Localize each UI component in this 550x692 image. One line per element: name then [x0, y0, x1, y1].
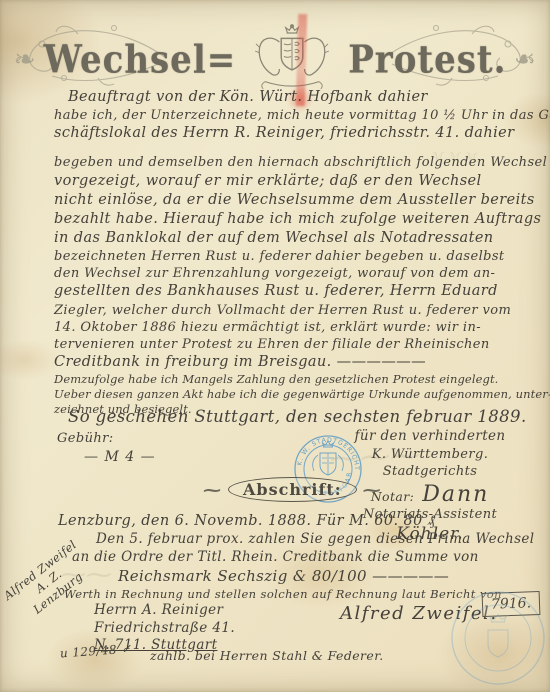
protest-line: Beauftragt von der Kön. Würt. Hofbank da… [54, 88, 502, 107]
title-word-protest: Protest. [348, 38, 506, 83]
scroll-ornament: ❧ [14, 45, 34, 75]
execution-date-line: So geschehen Stuttgart, den sechsten feb… [68, 406, 498, 428]
faint-blue-seal-stamp [448, 588, 548, 688]
wuerttemberg-coat-of-arms-icon [246, 24, 338, 96]
protest-body-text: Beauftragt von der Kön. Würt. Hofbank da… [54, 88, 502, 418]
protest-line: begeben und demselben den hiernach absch… [54, 154, 502, 171]
fee-label: Gebühr: [57, 430, 114, 447]
scroll-ornament: ❧ [516, 45, 536, 75]
protest-line: gestellten des Bankhauses Rust u. federe… [54, 282, 502, 301]
protest-line: den Wechsel zur Ehrenzahlung vorgezeigt,… [54, 265, 502, 282]
bill-line: an die Ordre der Titl. Rhein. Creditbank… [58, 549, 508, 567]
bill-line: Lenzburg, den 6. Novemb. 1888. Für M. 60… [58, 512, 508, 531]
document-header: ❧ Wechsel= Protest. [0, 8, 550, 96]
protest-line: Ziegler, welcher durch Vollmacht der Her… [54, 302, 502, 319]
abschrift-stamp: Abschrift: [228, 477, 357, 502]
domicile-note: zahlb. bei Herren Stahl & Federer. [150, 648, 384, 665]
fee-amount: — M 4 — [84, 448, 156, 466]
protest-line: Ueber diesen ganzen Akt habe ich die geg… [54, 387, 502, 402]
protest-line: Demzufolge habe ich Mangels Zahlung den … [54, 372, 502, 387]
bill-line: Werth in Rechnung und stellen solchen au… [58, 587, 508, 602]
protest-line: Creditbank in freiburg im Breisgau. ————… [54, 353, 502, 372]
protest-line: bezahlt habe. Hierauf habe ich mich zufo… [54, 210, 502, 229]
protest-line: habe ich, der Unterzeichnete, mich heute… [54, 107, 502, 124]
protest-line: vorgezeigt, worauf er mir erklärte; daß … [54, 172, 502, 191]
protest-line: bezeichneten Herren Rust u. federer dahi… [54, 248, 502, 265]
protest-line: in das Banklokal der auf dem Wechsel als… [54, 229, 502, 248]
bill-line: Den 5. februar prox. zahlen Sie gegen di… [58, 531, 508, 549]
protest-line: schäftslokal des Herrn R. Reiniger, frie… [54, 124, 502, 143]
protest-line: 14. Oktober 1886 hiezu ermächtigt ist, e… [54, 319, 502, 336]
title-word-wechsel: Wechsel= [44, 38, 237, 83]
signature-line: für den verhinderten [330, 428, 530, 446]
protest-line: tervenieren unter Protest zu Ehren der f… [54, 336, 502, 353]
bill-line: Reichsmark Sechszig & 80/100 ————— [58, 567, 508, 587]
bill-copy-text: Lenzburg, den 6. Novemb. 1888. Für M. 60… [58, 512, 508, 655]
protest-line: nicht einlöse, da er die Wechselsumme de… [54, 191, 502, 210]
signature-line: K. Württemberg. Stadtgerichts [330, 446, 530, 480]
protest-document-page: ℳ ℳ ℳ ⁓⁓⁓ ⁓⁓ ❧ Wechsel= [0, 0, 550, 692]
notar-signature: Dann [422, 480, 489, 509]
